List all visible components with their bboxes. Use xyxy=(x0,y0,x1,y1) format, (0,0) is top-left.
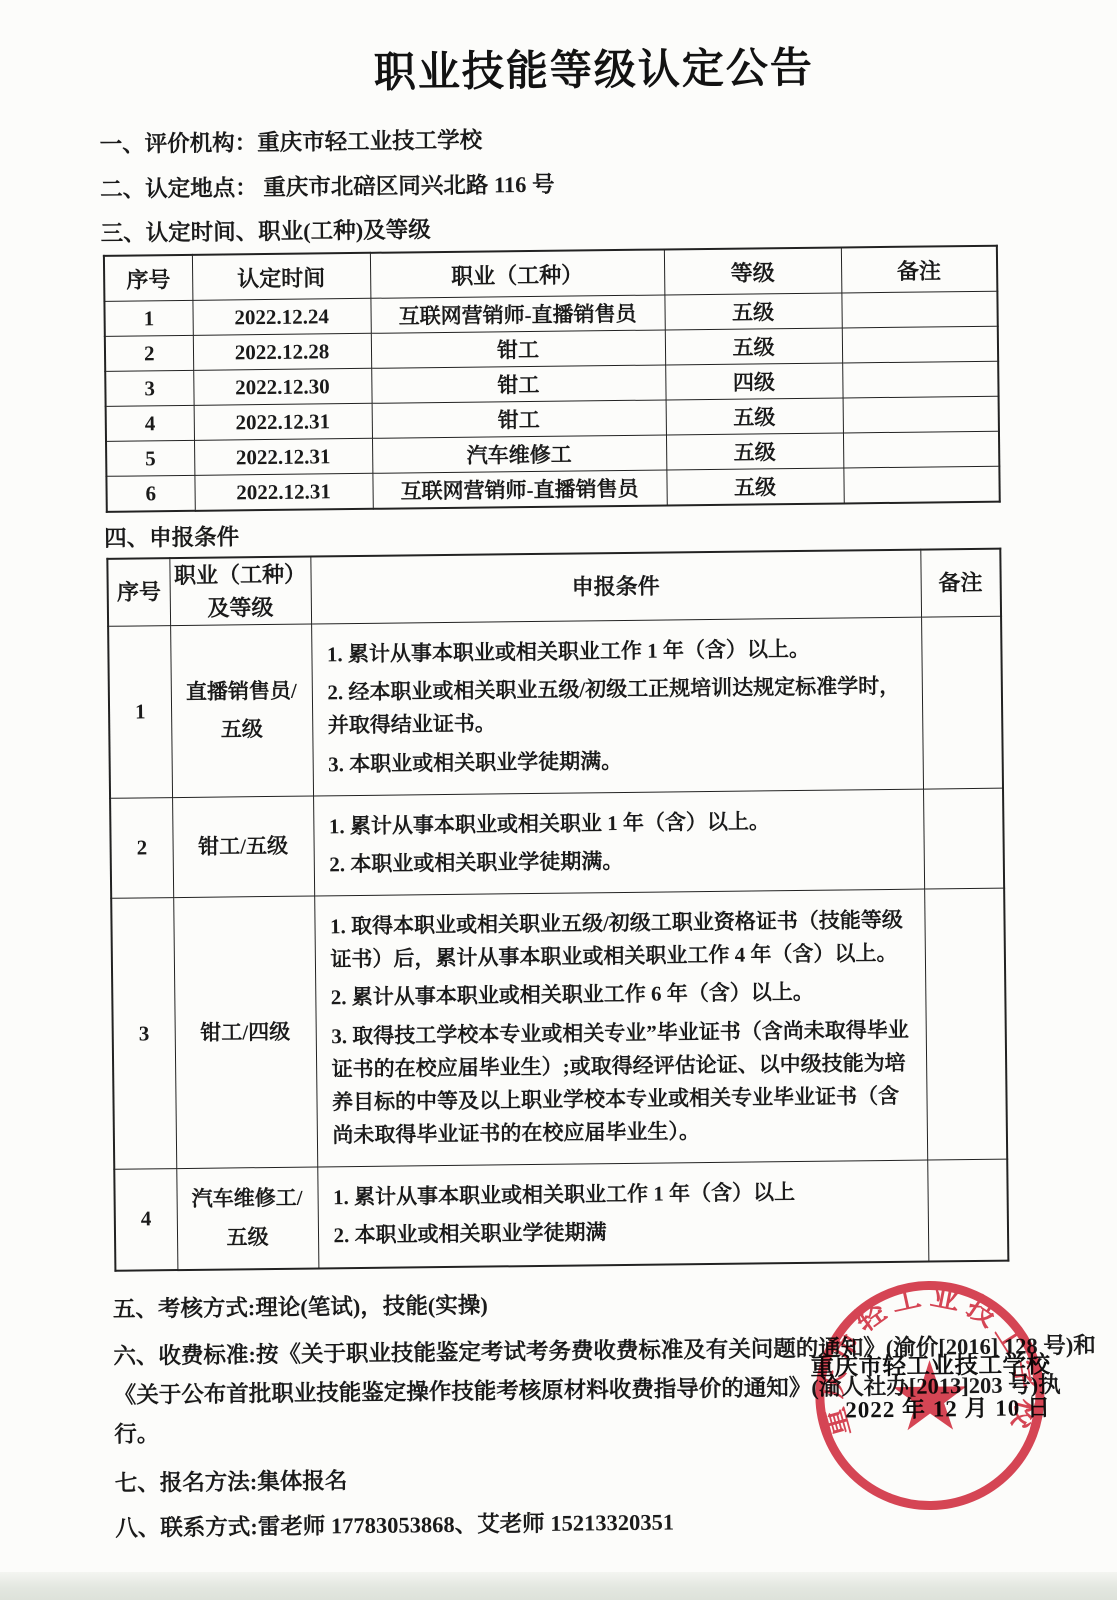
condition-line: 2. 本职业或相关职业学徒期满。 xyxy=(329,842,909,882)
cell-seq: 6 xyxy=(106,476,194,512)
scan-edge-shadow xyxy=(0,1572,1117,1600)
cell-seq: 2 xyxy=(110,797,173,898)
cell-seq: 3 xyxy=(111,898,176,1170)
cell-level: 五级 xyxy=(666,433,843,470)
condition-line: 1. 累计从事本职业或相关职业 1 年（含）以上。 xyxy=(329,803,909,843)
official-seal: 重庆市轻工业技工学校 ★ xyxy=(802,1268,1057,1523)
cell-occupation: 钳工 xyxy=(372,400,666,438)
section-line-evaluator: 一、评价机构：重庆市轻工业技工学校 xyxy=(99,118,1089,162)
header-cell-level: 等级 xyxy=(664,247,842,295)
page-title: 职业技能等级认定公告 xyxy=(98,32,1089,103)
cell-seq: 1 xyxy=(104,301,192,337)
condition-line: 3. 取得技工学校本专业或相关专业”毕业证书（含尚未取得毕业证书的在校应届毕业生… xyxy=(331,1013,912,1152)
cell-level: 五级 xyxy=(666,468,843,505)
cell-note xyxy=(842,362,998,399)
scanned-document-sheet: 职业技能等级认定公告 一、评价机构：重庆市轻工业技工学校 二、认定地点： 重庆市… xyxy=(0,0,1117,1600)
header-cell-note: 备注 xyxy=(841,246,998,294)
job-line: 五级 xyxy=(183,1217,311,1257)
cell-level: 五级 xyxy=(665,328,842,365)
header-job-line2: 及等级 xyxy=(170,590,310,625)
conditions-header-row: 序号 职业（工种） 及等级 申报条件 备注 xyxy=(107,548,1001,626)
header-cell-seq: 序号 xyxy=(104,255,193,302)
cell-date: 2022.12.31 xyxy=(194,404,372,441)
cell-conditions: 1. 累计从事本职业或相关职业工作 1 年（含）以上。 2. 经本职业或相关职业… xyxy=(311,617,923,796)
job-line: 汽车维修工/ xyxy=(183,1179,311,1219)
cell-job: 钳工/四级 xyxy=(173,896,317,1169)
cell-note xyxy=(843,432,999,469)
conditions-table: 序号 职业（工种） 及等级 申报条件 备注 1 直播销售员/ 五级 1. xyxy=(106,547,1009,1271)
section-line-location: 二、认定地点： 重庆市北碚区同兴北路 116 号 xyxy=(100,162,1090,206)
header-cell-date: 认定时间 xyxy=(192,253,371,301)
cell-occupation: 钳工 xyxy=(371,330,665,368)
cell-note xyxy=(924,888,1007,1160)
cell-note xyxy=(927,1159,1008,1261)
cell-seq: 2 xyxy=(105,336,193,372)
seal-graphic: 重庆市轻工业技工学校 ★ xyxy=(802,1268,1057,1523)
scan-tilt-layer: 职业技能等级认定公告 一、评价机构：重庆市轻工业技工学校 二、认定地点： 重庆市… xyxy=(0,0,1117,1600)
cell-job: 钳工/五级 xyxy=(172,796,314,898)
job-line: 钳工/五级 xyxy=(179,827,307,867)
cell-note xyxy=(841,292,997,329)
header-cell-conditions: 申报条件 xyxy=(310,549,921,624)
cell-seq: 1 xyxy=(108,626,172,798)
condition-line: 1. 累计从事本职业或相关职业工作 1 年（含）以上 xyxy=(333,1175,913,1215)
job-line: 直播销售员/ xyxy=(177,671,305,711)
cell-level: 五级 xyxy=(664,293,841,330)
header-cell-note: 备注 xyxy=(920,548,1001,617)
header-job-line1: 职业（工种） xyxy=(170,557,310,592)
condition-line: 2. 本职业或相关职业学徒期满 xyxy=(333,1213,913,1253)
cell-level: 四级 xyxy=(665,363,842,400)
cell-date: 2022.12.31 xyxy=(194,474,372,511)
cell-note xyxy=(843,467,999,504)
job-line: 钳工/四级 xyxy=(181,1012,309,1052)
condition-line: 2. 经本职业或相关职业五级/初级工正规培训达规定标准学时，并取得结业证书。 xyxy=(327,670,908,743)
cell-seq: 4 xyxy=(114,1169,177,1271)
header-cell-seq: 序号 xyxy=(107,558,170,627)
cell-date: 2022.12.30 xyxy=(193,369,371,406)
table-row: 1 直播销售员/ 五级 1. 累计从事本职业或相关职业工作 1 年（含）以上。 … xyxy=(108,616,1003,798)
cell-date: 2022.12.28 xyxy=(193,334,371,371)
cell-occupation: 汽车维修工 xyxy=(372,435,666,473)
condition-line: 3. 本职业或相关职业学徒期满。 xyxy=(328,741,908,781)
cell-occupation: 互联网营销师-直播销售员 xyxy=(370,295,664,333)
cell-conditions: 1. 累计从事本职业或相关职业工作 1 年（含）以上 2. 本职业或相关职业学徒… xyxy=(317,1160,928,1268)
table-row: 4 汽车维修工/ 五级 1. 累计从事本职业或相关职业工作 1 年（含）以上 2… xyxy=(114,1159,1008,1270)
cell-seq: 3 xyxy=(105,371,193,407)
cell-job: 直播销售员/ 五级 xyxy=(170,624,313,797)
condition-line: 1. 累计从事本职业或相关职业工作 1 年（含）以上。 xyxy=(327,632,907,672)
section-line-schedule-heading: 三、认定时间、职业(工种)及等级 xyxy=(100,207,1090,251)
star-icon: ★ xyxy=(886,1340,973,1453)
cell-occupation: 互联网营销师-直播销售员 xyxy=(372,470,666,508)
condition-line: 2. 累计从事本职业或相关职业工作 6 年（含）以上。 xyxy=(331,975,911,1015)
cell-note xyxy=(923,788,1004,889)
cell-note xyxy=(843,397,999,434)
schedule-table: 序号 认定时间 职业（工种） 等级 备注 1 2022.12.24 互联网营销师… xyxy=(103,245,1001,513)
table-row: 2 钳工/五级 1. 累计从事本职业或相关职业 1 年（含）以上。 2. 本职业… xyxy=(110,788,1004,898)
cell-level: 五级 xyxy=(666,398,843,435)
cell-date: 2022.12.24 xyxy=(192,299,370,336)
cell-seq: 4 xyxy=(106,406,194,442)
cell-date: 2022.12.31 xyxy=(194,439,372,476)
cell-job: 汽车维修工/ 五级 xyxy=(176,1167,318,1269)
job-line: 五级 xyxy=(178,710,306,750)
cell-note xyxy=(921,616,1003,789)
cell-conditions: 1. 取得本职业或相关职业五级/初级工职业资格证书（技能等级证书）后，累计从事本… xyxy=(314,889,927,1167)
cell-note xyxy=(842,327,998,364)
header-cell-job-level: 职业（工种） 及等级 xyxy=(169,556,311,626)
table-row: 3 钳工/四级 1. 取得本职业或相关职业五级/初级工职业资格证书（技能等级证书… xyxy=(111,888,1007,1169)
cell-seq: 5 xyxy=(106,441,194,477)
condition-line: 1. 取得本职业或相关职业五级/初级工职业资格证书（技能等级证书）后，累计从事本… xyxy=(330,904,911,977)
cell-conditions: 1. 累计从事本职业或相关职业 1 年（含）以上。 2. 本职业或相关职业学徒期… xyxy=(313,789,924,896)
header-cell-occupation: 职业（工种） xyxy=(370,249,665,298)
cell-occupation: 钳工 xyxy=(371,365,665,403)
